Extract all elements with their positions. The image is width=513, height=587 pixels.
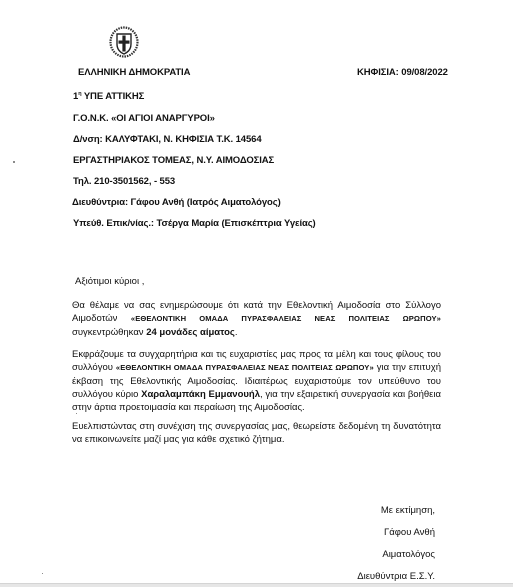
organization-name: «ΕΘΕΛΟΝΤΙΚΗ ΟΜΑΔΑ ΠΥΡΑΣΦΑΛΕΙΑΣ ΝΕΑΣ ΠΟΛΙ… — [116, 363, 374, 372]
paragraph-closing: Ευελπιστώντας στη συνέχιση της συνεργασί… — [72, 420, 441, 447]
responsible-person-name: Χαραλαμπάκη Εμμανουήλ — [141, 389, 260, 400]
date-line: ΚΗΦΙΣΙΑ: 09/08/2022 — [357, 67, 448, 78]
greek-coat-of-arms-icon — [109, 26, 139, 58]
signatory-name: Γάφου Ανθή — [384, 527, 435, 538]
paragraph-thanks: Εκφράζουμε τα συγχαρητήρια και τις ευχαρ… — [72, 348, 441, 414]
scan-speck — [42, 573, 43, 574]
organization-name: «ΕΘΕΛΟΝΤΙΚΗ ΟΜΑΔΑ ΠΥΡΑΣΦΑΛΕΙΑΣ ΝΕΑΣ ΠΟΛΙ… — [131, 314, 441, 323]
health-region: 1η ΥΠΕ ΑΤΤΙΚΗΣ — [73, 91, 144, 102]
hospital-name: Γ.Ο.Ν.Κ. «ΟΙ ΑΓΙΟΙ ΑΝΑΡΓΥΡΟΙ» — [73, 113, 215, 124]
signatory-title: Διευθύντρια Ε.Σ.Υ. — [357, 571, 435, 582]
region-name: ΥΠΕ ΑΤΤΙΚΗΣ — [81, 91, 144, 102]
director-line: Διευθύντρια: Γάφου Ανθή (Ιατρός Αιματολό… — [72, 197, 281, 208]
scan-speck — [13, 161, 15, 163]
closing-phrase: Με εκτίμηση, — [381, 505, 435, 516]
phone-line: Τηλ. 210-3501562, - 553 — [73, 176, 175, 187]
scan-speck — [76, 413, 77, 414]
signatory-specialty: Αιματολόγος — [382, 549, 435, 560]
address-line: Δ/νση: ΚΑΛΥΦΤΑΚΙ, Ν. ΚΗΦΙΣΙΑ Τ.Κ. 14564 — [73, 134, 262, 145]
department-line: ΕΡΓΑΣΤΗΡΙΑΚΟΣ ΤΟΜΕΑΣ, Ν.Υ. ΑΙΜΟΔΟΣΙΑΣ — [73, 155, 274, 166]
letter-page: ΕΛΛΗΝΙΚΗ ΔΗΜΟΚΡΑΤΙΑ ΚΗΦΙΣΙΑ: 09/08/2022 … — [0, 0, 513, 583]
salutation: Αξιότιμοι κύριοι , — [75, 276, 144, 287]
page-bottom-edge — [0, 583, 513, 587]
blood-units-count: 24 μονάδες αίματος — [146, 327, 235, 338]
contact-person-line: Υπεύθ. Επικ/νίας.: Τσέργα Μαρία (Επισκέπ… — [73, 218, 316, 229]
republic-heading: ΕΛΛΗΝΙΚΗ ΔΗΜΟΚΡΑΤΙΑ — [78, 67, 190, 78]
paragraph-donation-result: Θα θέλαμε να σας ενημερώσουμε ότι κατά τ… — [72, 299, 441, 339]
p1-text-2: συγκεντρώθηκαν — [72, 327, 146, 338]
p1-text-3: . — [235, 327, 238, 338]
